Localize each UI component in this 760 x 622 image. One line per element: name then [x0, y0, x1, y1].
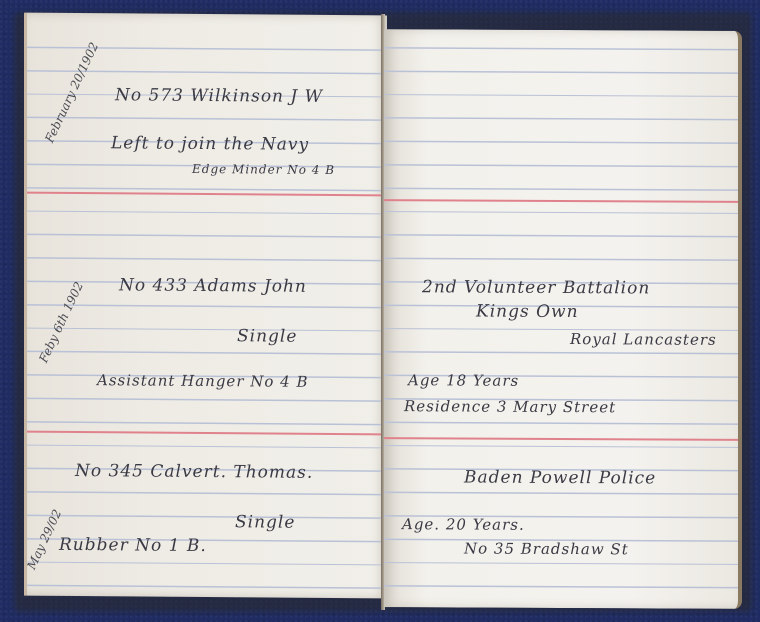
entry-residence: Residence 3 Mary Street [404, 397, 616, 416]
entry-occupation: Edge Minder No 4 B [192, 162, 335, 177]
entry-regiment-name: Royal Lancasters [570, 330, 717, 349]
entry-number-name: No 573 Wilkinson J W [115, 85, 323, 107]
entry-residence: No 35 Bradshaw St [464, 539, 629, 558]
entry-occupation: Assistant Hanger No 4 B [97, 371, 309, 391]
entry-unit: Baden Powell Police [464, 467, 656, 488]
entry-marital-status: Single [237, 326, 297, 346]
entry-occupation: Rubber No 1 B. [59, 535, 207, 556]
entry-note: Left to join the Navy [111, 133, 309, 155]
entry-age: Age. 20 Years. [402, 515, 525, 534]
left-page: February 20/1902 No 573 Wilkinson J W Le… [24, 13, 387, 599]
entry-regiment: Kings Own [476, 302, 579, 323]
entry-unit: 2nd Volunteer Battalion [422, 277, 650, 298]
entry-number-name: No 433 Adams John [119, 275, 307, 296]
entry-number-name: No 345 Calvert. Thomas. [75, 461, 313, 483]
entry-age: Age 18 Years [408, 371, 519, 390]
right-page: 2nd Volunteer Battalion Kings Own Royal … [384, 29, 742, 609]
entry-marital-status: Single [235, 512, 295, 532]
